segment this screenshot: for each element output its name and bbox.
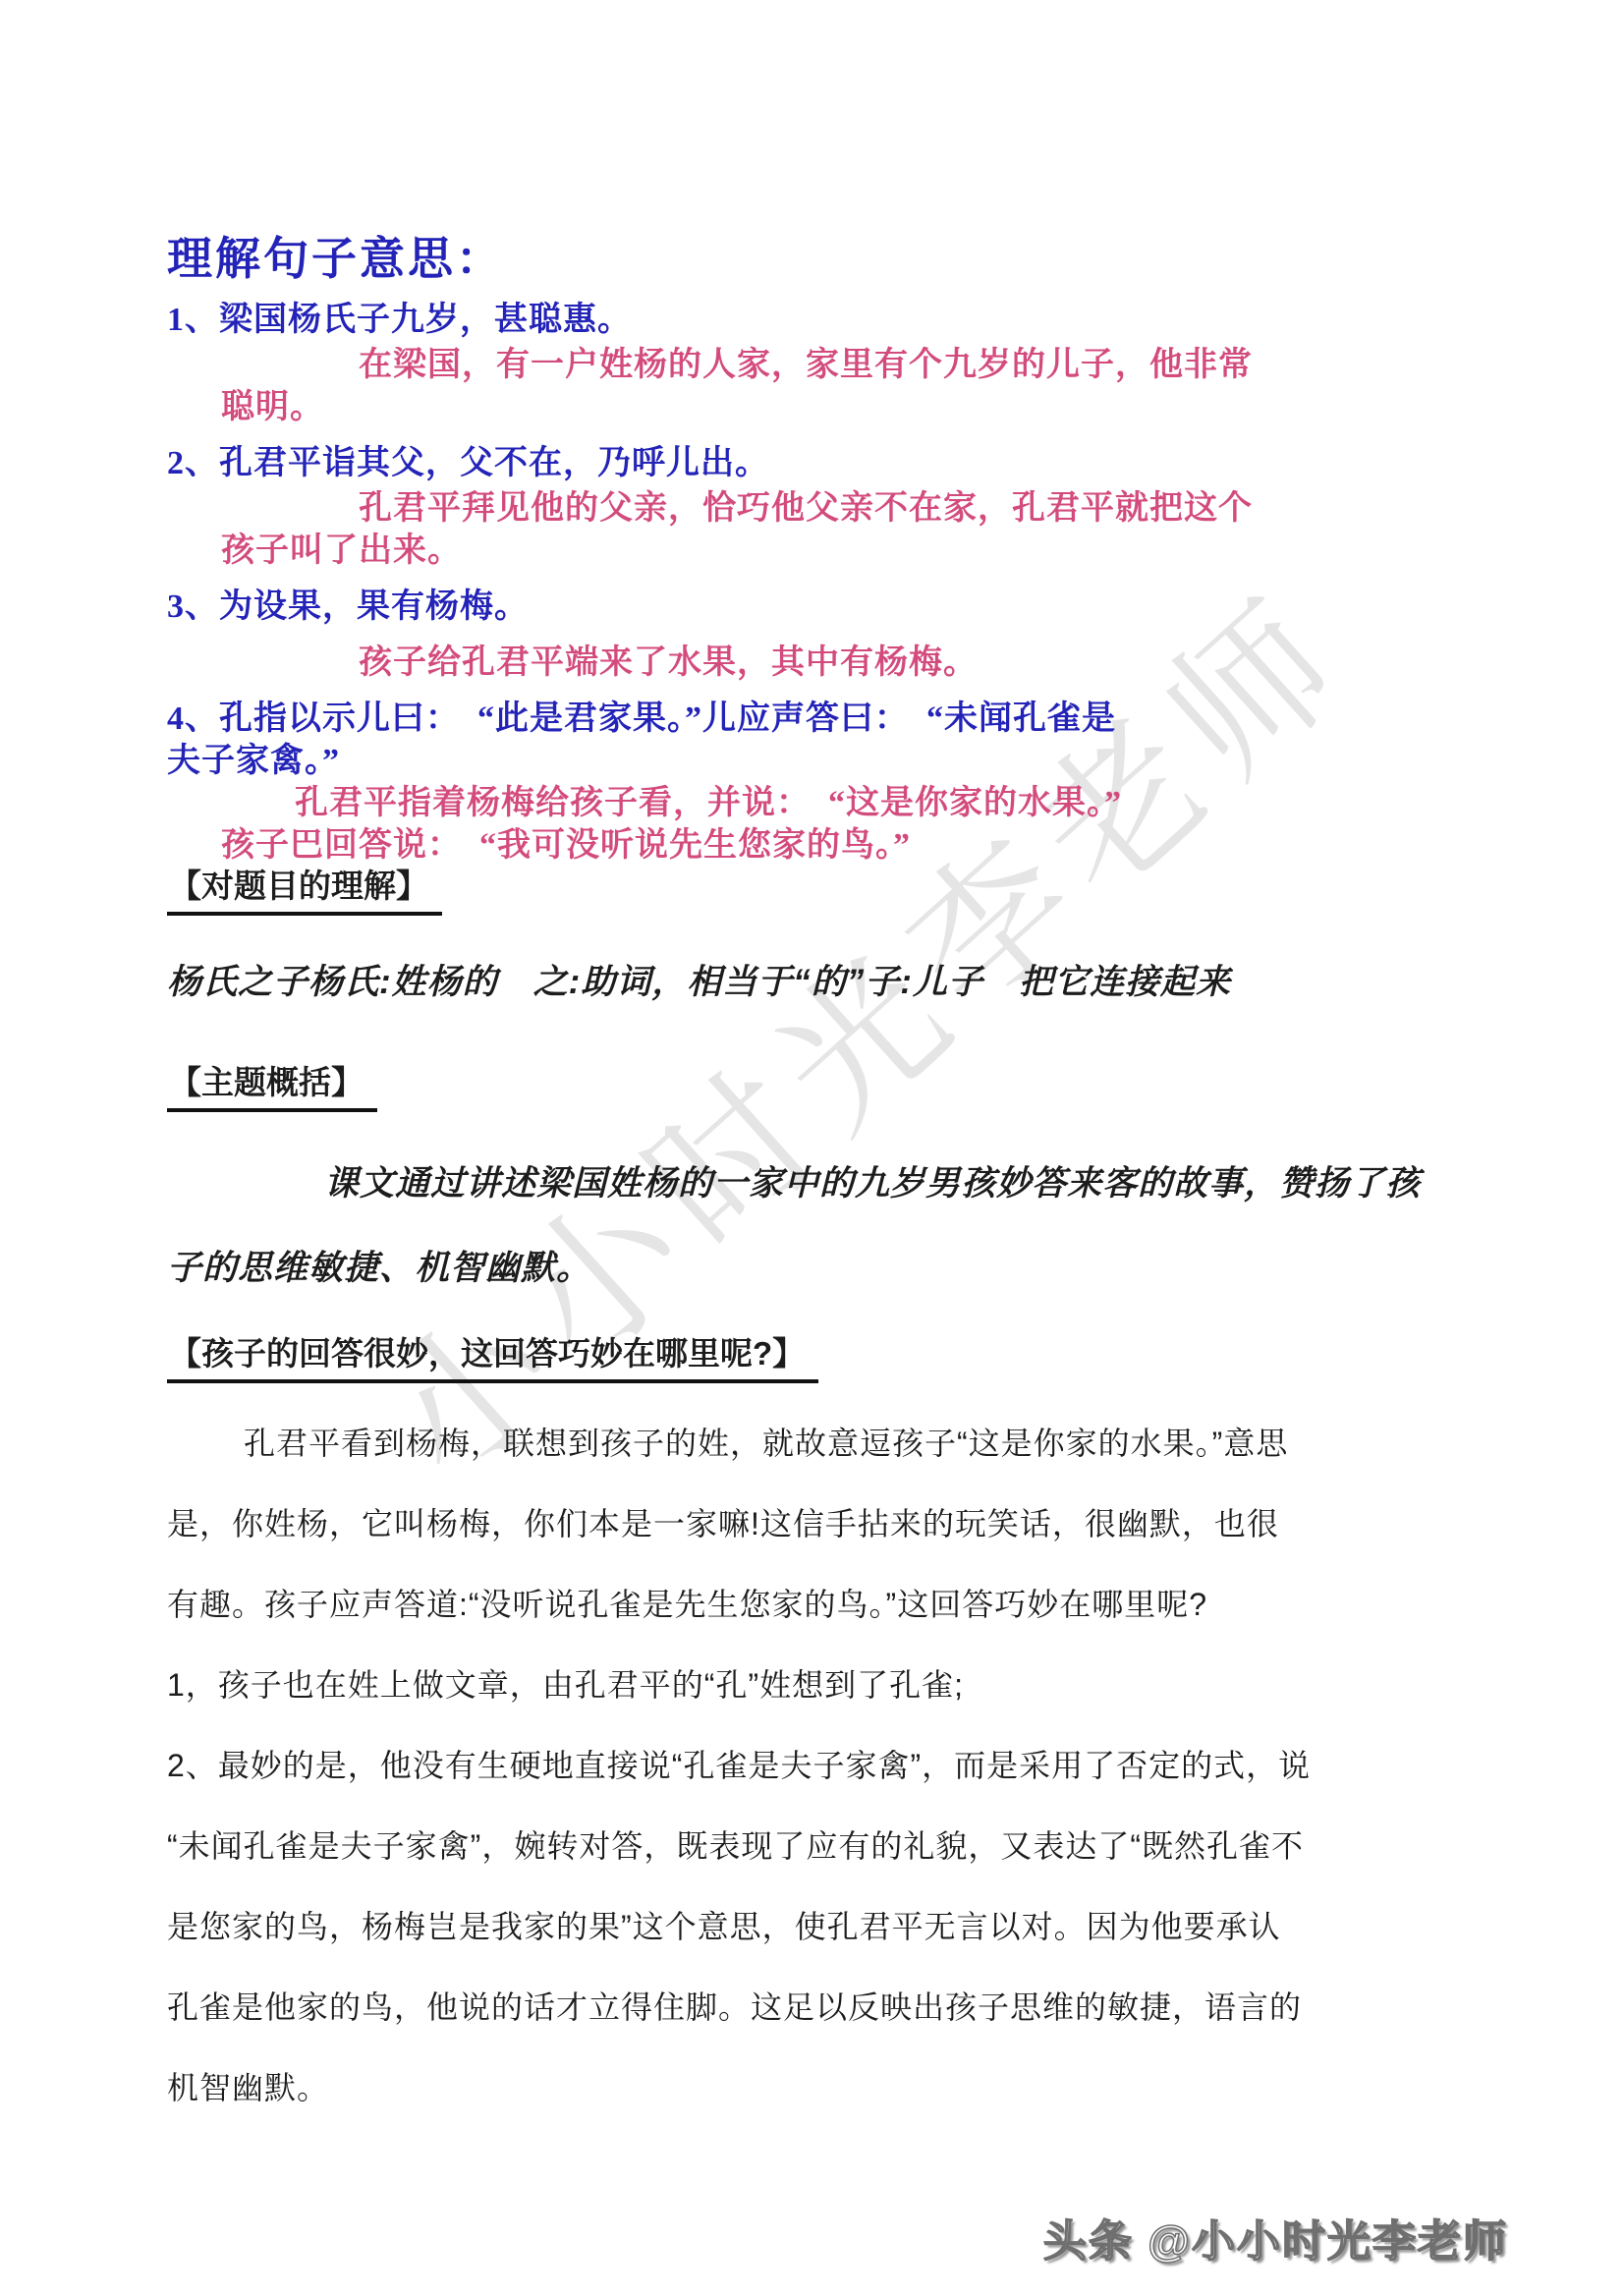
classical-sentence: 3、为设果，果有杨梅。 xyxy=(167,586,1493,628)
heading-theme: 【主题概括】 xyxy=(167,1063,1493,1112)
heading-text: 【对题目的理解】 xyxy=(167,867,442,916)
analysis-section: 【对题目的理解】 杨氏之子杨氏:姓杨的 之:助词，相当于“的”子:儿子 把它连接… xyxy=(167,867,1493,2128)
sentence-translation: 孔君平指着杨梅给孩子看，并说： “这是你家的水果。” 孩子巴回答说： “我可没听… xyxy=(221,782,1493,867)
sentence-item-2: 2、孔君平诣其父，父不在，乃呼儿出。 孔君平拜见他的父亲，恰巧他父亲不在家，孔君… xyxy=(167,442,1493,572)
heading-text: 【孩子的回答很妙，这回答巧妙在哪里呢?】 xyxy=(167,1334,818,1383)
sentence-item-4: 4、孔指以示儿曰： “此是君家果。”儿应声答曰： “未闻孔雀是 夫子家禽。” 孔… xyxy=(167,698,1493,867)
credit-watermark: 头条 @小小时光李老师 xyxy=(1043,2206,1508,2268)
section-title: 理解句子意思： xyxy=(167,234,1493,285)
sentence-translation: 在梁国，有一户姓杨的人家，家里有个九岁的儿子，他非常 聪明。 xyxy=(221,344,1493,428)
heading-title-understanding: 【对题目的理解】 xyxy=(167,867,1493,916)
sentence-item-1: 1、梁国杨氏子九岁，甚聪惠。 在梁国，有一户姓杨的人家，家里有个九岁的儿子，他非… xyxy=(167,299,1493,428)
theme-summary: 课文通过讲述梁国姓杨的一家中的九岁男孩妙答来客的故事，赞扬了孩 子的思维敏捷、机… xyxy=(167,1142,1493,1311)
paragraph-intro: 孔君平看到杨梅，联想到孩子的姓，就故意逗孩子“这是你家的水果。”意思 是，你姓杨… xyxy=(167,1403,1493,1645)
title-explanation: 杨氏之子杨氏:姓杨的 之:助词，相当于“的”子:儿子 把它连接起来 xyxy=(167,961,1493,1004)
sentence-translation: 孩子给孔君平端来了水果，其中有杨梅。 xyxy=(221,642,1493,684)
heading-question: 【孩子的回答很妙，这回答巧妙在哪里呢?】 xyxy=(167,1334,1493,1383)
document-content: 理解句子意思： 1、梁国杨氏子九岁，甚聪惠。 在梁国，有一户姓杨的人家，家里有个… xyxy=(167,234,1493,2128)
classical-sentence: 4、孔指以示儿曰： “此是君家果。”儿应声答曰： “未闻孔雀是 夫子家禽。” xyxy=(167,698,1493,782)
sentence-meaning-section: 理解句子意思： 1、梁国杨氏子九岁，甚聪惠。 在梁国，有一户姓杨的人家，家里有个… xyxy=(167,234,1493,867)
sentence-item-3: 3、为设果，果有杨梅。 孩子给孔君平端来了水果，其中有杨梅。 xyxy=(167,586,1493,684)
document-page: 小小时光李老师 理解句子意思： 1、梁国杨氏子九岁，甚聪惠。 在梁国，有一户姓杨… xyxy=(0,0,1624,2296)
paragraph-point2: 2、最妙的是，他没有生硬地直接说“孔雀是夫子家禽”，而是采用了否定的式，说 “未… xyxy=(167,1725,1493,2128)
classical-sentence: 1、梁国杨氏子九岁，甚聪惠。 xyxy=(167,299,1493,341)
classical-sentence: 2、孔君平诣其父，父不在，乃呼儿出。 xyxy=(167,442,1493,484)
heading-text: 【主题概括】 xyxy=(167,1063,377,1112)
paragraph-point1: 1，孩子也在姓上做文章，由孔君平的“孔”姓想到了孔雀; xyxy=(167,1645,1493,1725)
sentence-translation: 孔君平拜见他的父亲，恰巧他父亲不在家，孔君平就把这个 孩子叫了出来。 xyxy=(221,487,1493,572)
